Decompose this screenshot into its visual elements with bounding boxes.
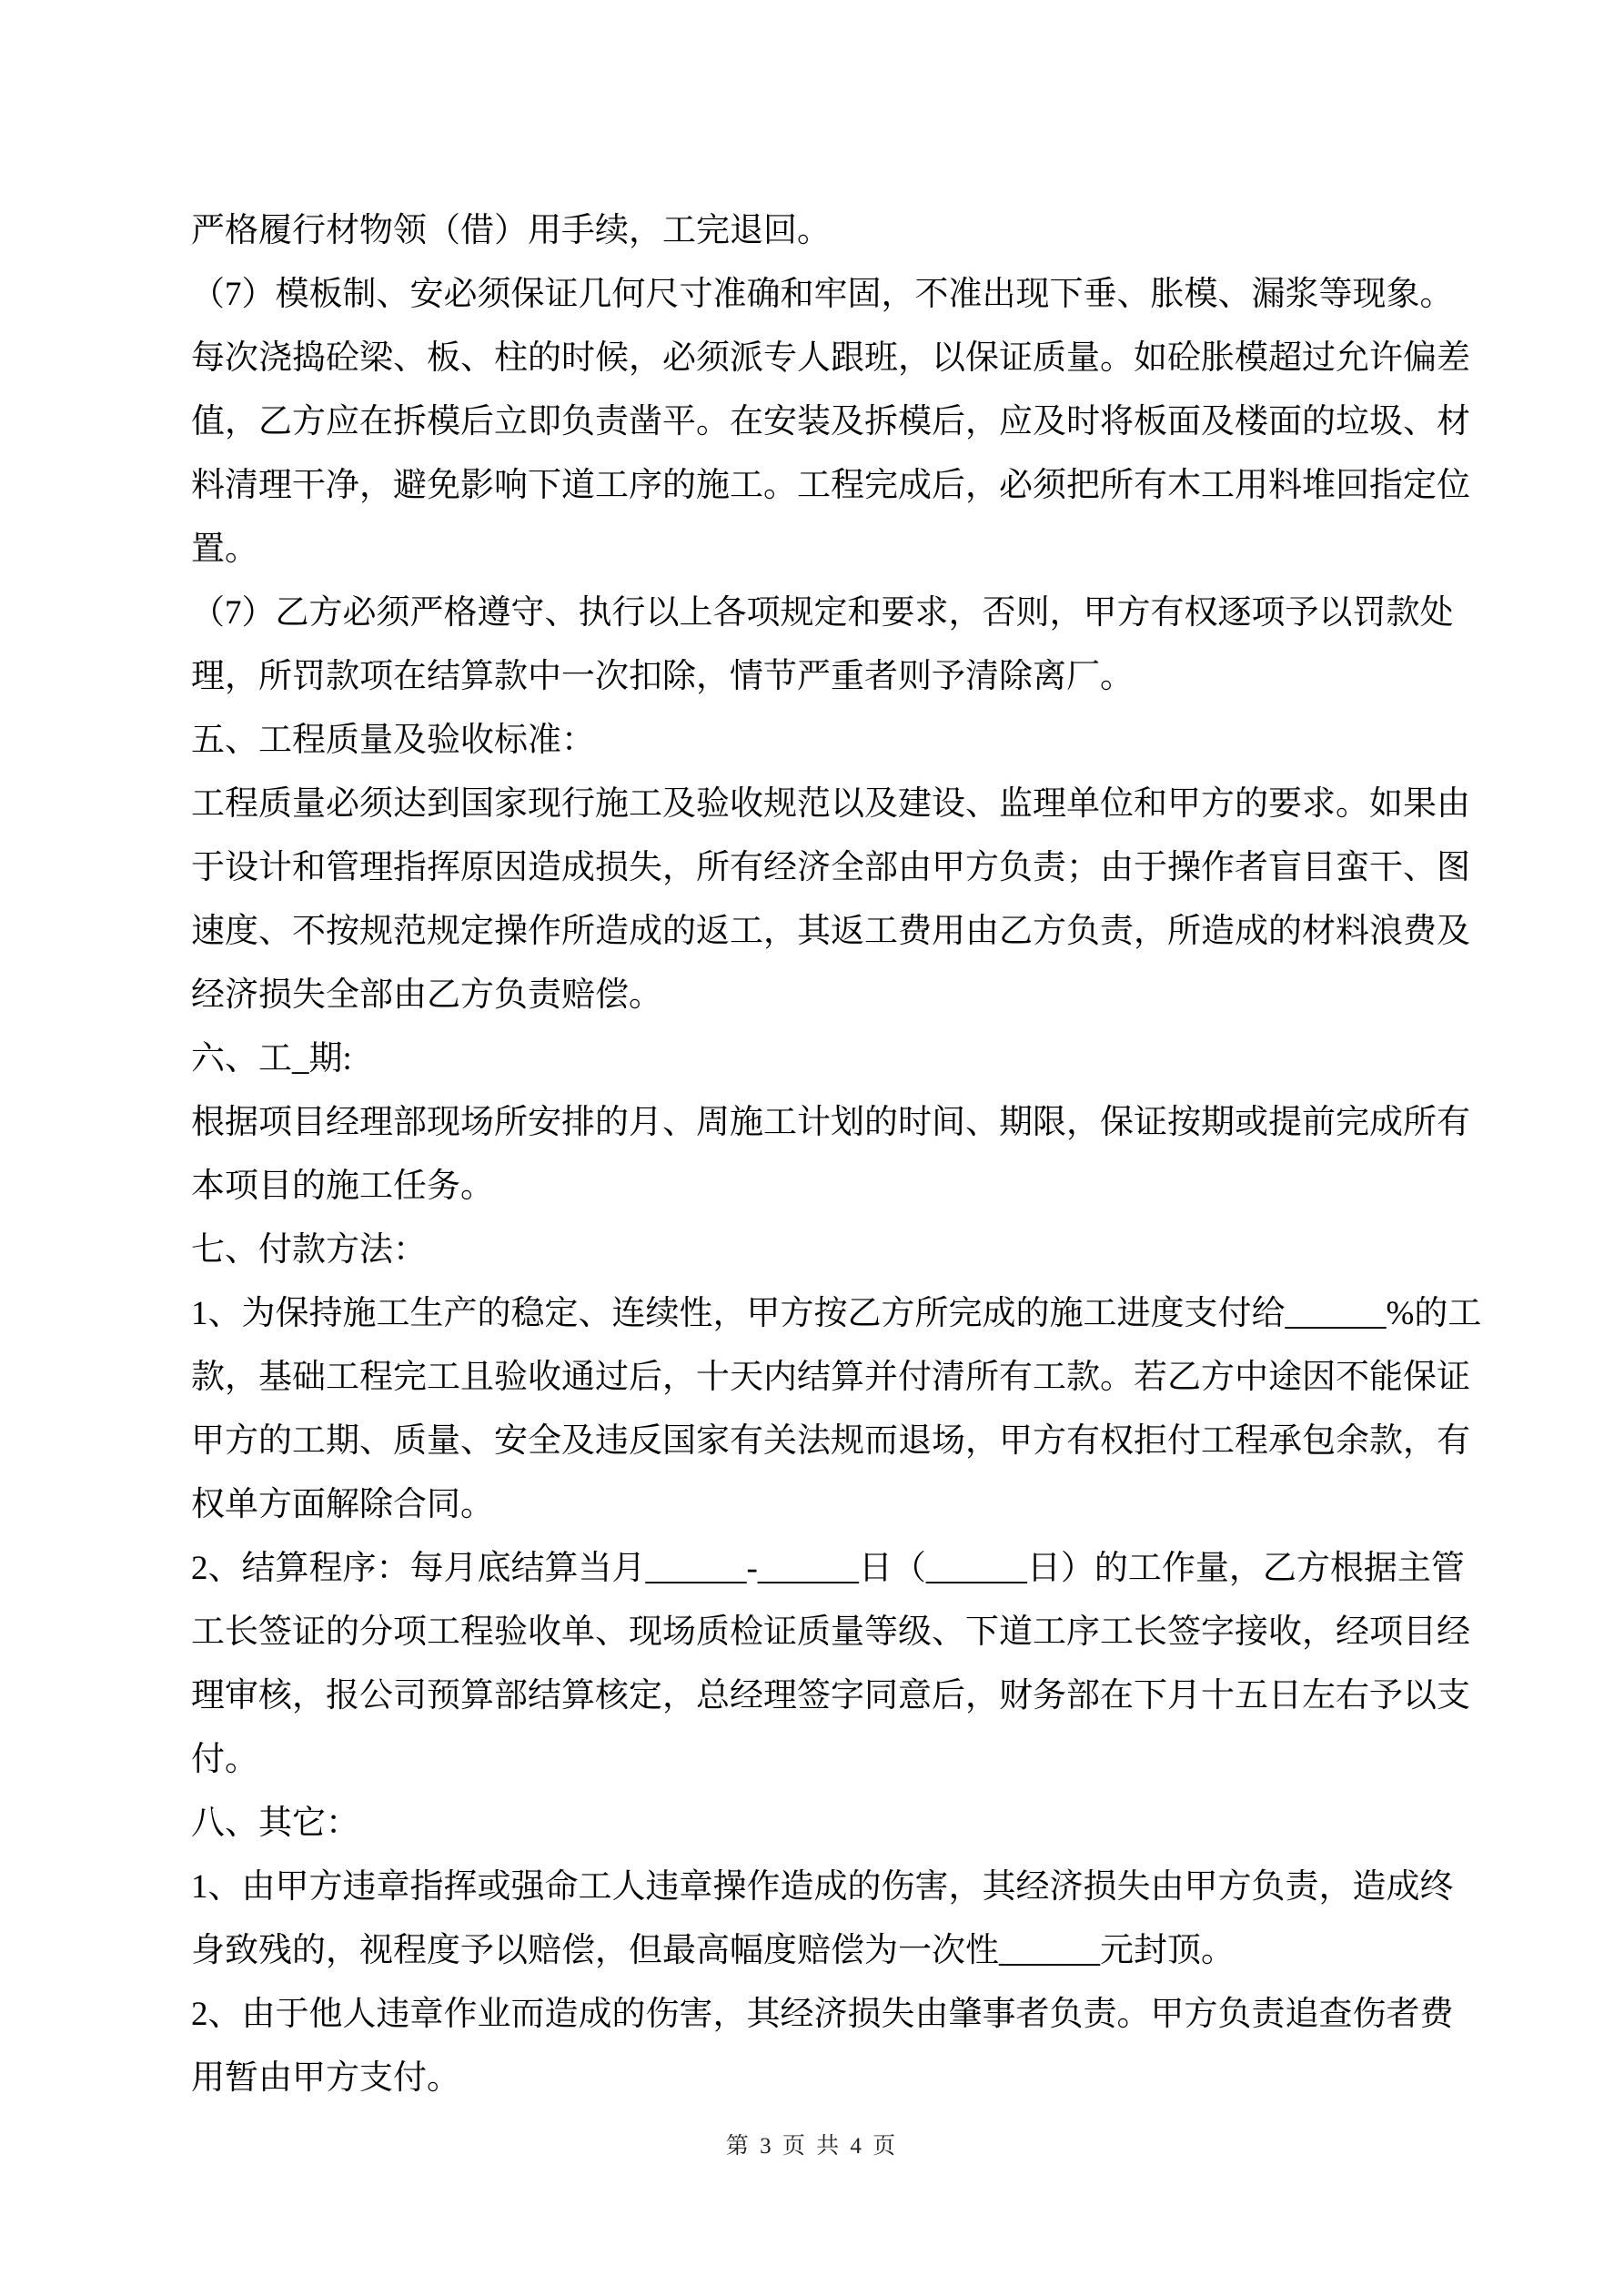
text-line: 身致残的，视程度予以赔偿，但最高幅度赔偿为一次性______元封顶。 bbox=[191, 1919, 1474, 1983]
text-line: 款，基础工程完工且验收通过后，十天内结算并付清所有工款。若乙方中途因不能保证 bbox=[191, 1346, 1474, 1410]
text-line: 速度、不按规范规定操作所造成的返工，其返工费用由乙方负责，所造成的材料浪费及 bbox=[191, 900, 1474, 964]
text-line: 2、由于他人违章作业而造成的伤害，其经济损失由肇事者负责。甲方负责追查伤者费 bbox=[191, 1983, 1474, 2047]
text-line: 理审核，报公司预算部结算核定，总经理签字同意后，财务部在下月十五日左右予以支 bbox=[191, 1664, 1474, 1728]
text-line: 根据项目经理部现场所安排的月、周施工计划的时间、期限，保证按期或提前完成所有 bbox=[191, 1091, 1474, 1155]
text-line: 1、由甲方违章指挥或强命工人违章操作造成的伤害，其经济损失由甲方负责，造成终 bbox=[191, 1856, 1474, 1919]
text-line: 经济损失全部由乙方负责赔偿。 bbox=[191, 964, 1474, 1027]
text-line: 五、工程质量及验收标准： bbox=[191, 709, 1474, 773]
text-line: 2、结算程序：每月底结算当月______-______日（______日）的工作… bbox=[191, 1537, 1474, 1601]
text-line: 甲方的工期、质量、安全及违反国家有关法规而退场，甲方有权拒付工程承包余款，有 bbox=[191, 1410, 1474, 1473]
text-line: 置。 bbox=[191, 518, 1474, 582]
text-line: 工程质量必须达到国家现行施工及验收规范以及建设、监理单位和甲方的要求。如果由 bbox=[191, 773, 1474, 836]
text-line: 值，乙方应在拆模后立即负责凿平。在安装及拆模后，应及时将板面及楼面的垃圾、材 bbox=[191, 390, 1474, 454]
text-line: 料清理干净，避免影响下道工序的施工。工程完成后，必须把所有木工用料堆回指定位 bbox=[191, 454, 1474, 518]
text-line: 理，所罚款项在结算款中一次扣除，情节严重者则予清除离厂。 bbox=[191, 645, 1474, 709]
text-line: 用暂由甲方支付。 bbox=[191, 2047, 1474, 2110]
text-line: 工长签证的分项工程验收单、现场质检证质量等级、下道工序工长签字接收，经项目经 bbox=[191, 1601, 1474, 1664]
text-line: （7）乙方必须严格遵守、执行以上各项规定和要求，否则，甲方有权逐项予以罚款处 bbox=[191, 582, 1474, 645]
text-line: 付。 bbox=[191, 1728, 1474, 1792]
page-footer: 第 3 页 共 4 页 bbox=[0, 2128, 1624, 2160]
document-body: 严格履行材物领（借）用手续，工完退回。 （7）模板制、安必须保证几何尺寸准确和牢… bbox=[191, 199, 1474, 2110]
text-line: 于设计和管理指挥原因造成损失，所有经济全部由甲方负责；由于操作者盲目蛮干、图 bbox=[191, 836, 1474, 900]
text-line: 七、付款方法： bbox=[191, 1219, 1474, 1282]
text-line: 每次浇捣砼梁、板、柱的时候，必须派专人跟班，以保证质量。如砼胀模超过允许偏差 bbox=[191, 327, 1474, 390]
text-line: 本项目的施工任务。 bbox=[191, 1155, 1474, 1219]
text-line: 权单方面解除合同。 bbox=[191, 1473, 1474, 1537]
contract-page: 严格履行材物领（借）用手续，工完退回。 （7）模板制、安必须保证几何尺寸准确和牢… bbox=[0, 0, 1624, 2296]
text-line: 1、为保持施工生产的稳定、连续性，甲方按乙方所完成的施工进度支付给______%… bbox=[191, 1282, 1474, 1346]
text-line: （7）模板制、安必须保证几何尺寸准确和牢固，不准出现下垂、胀模、漏浆等现象。 bbox=[191, 263, 1474, 327]
text-line: 严格履行材物领（借）用手续，工完退回。 bbox=[191, 199, 1474, 263]
text-line: 六、工_期: bbox=[191, 1027, 1474, 1091]
text-line: 八、其它： bbox=[191, 1792, 1474, 1856]
